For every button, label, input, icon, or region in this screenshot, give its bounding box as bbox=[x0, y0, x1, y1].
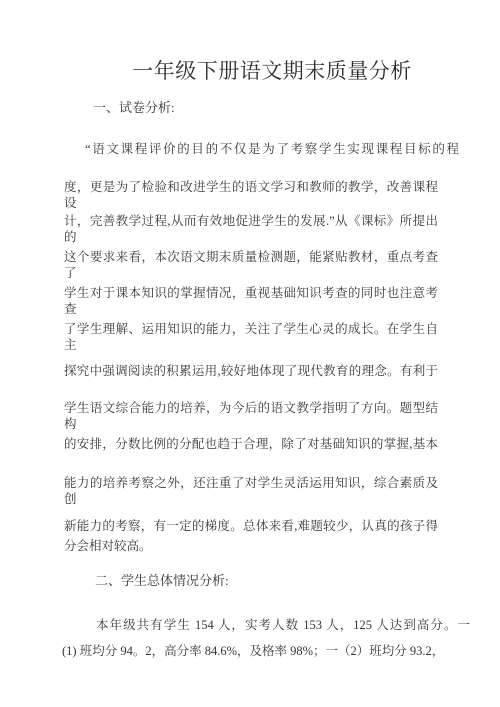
document-title: 一年级下册语文期末质量分析 bbox=[44, 58, 500, 84]
document-page: 一年级下册语文期末质量分析 一、试卷分析: “语文课程评价的目的不仅是为了考察学… bbox=[0, 0, 500, 707]
paragraph-1-line-12: 分会相对较高。 bbox=[64, 538, 438, 554]
paragraph-2-line-2: (1) 班均分 94。2，高分率 84.6%，及格率 98%；一（2）班均分 9… bbox=[62, 643, 436, 659]
paragraph-1-line-8: 学生语文综合能力的培养，为今后的语文教学指明了方向。题型结构 bbox=[64, 400, 438, 432]
paragraph-1-line-6: 了学生理解、运用知识的能力，关注了学生心灵的成长。在学生自主 bbox=[64, 321, 438, 353]
paragraph-1-line-2: 度，更是为了检验和改进学生的语文学习和教师的教学，改善课程设 bbox=[64, 179, 438, 211]
paragraph-1-line-9: 的安排，分数比例的分配也趋于合理，除了对基础知识的掌握,基本 bbox=[64, 436, 438, 452]
paragraph-2-line-1: 本年级共有学生 154 人，实考人数 153 人，125 人达到高分。一 bbox=[64, 617, 470, 633]
paragraph-1-line-4: 这个要求来看，本次语文期末质量检测题，能紧贴教材，重点考查了 bbox=[64, 249, 438, 281]
paragraph-1-line-11: 新能力的考察，有一定的梯度。总体来看,难题较少，认真的孩子得 bbox=[64, 518, 438, 534]
section-1-heading: 一、试卷分析: bbox=[93, 100, 175, 116]
paragraph-1-line-10: 能力的培养考察之外，还注重了对学生灵活运用知识，综合素质及创 bbox=[64, 475, 438, 507]
paragraph-1-line-7: 探究中强调阅读的积累运用,较好地体现了现代教育的理念。有利于 bbox=[64, 363, 438, 379]
section-2-heading: 二、学生总体情况分析: bbox=[95, 573, 229, 589]
paragraph-1-line-5: 学生对于课本知识的掌握情况，重视基础知识考查的同时也注意考查 bbox=[64, 285, 438, 317]
paragraph-1-line-1: “语文课程评价的目的不仅是为了考察学生实现课程目标的程 bbox=[64, 141, 459, 157]
paragraph-1-line-3: 计，完善教学过程,从而有效地促进学生的发展.”从《课标》所提出的 bbox=[64, 213, 438, 245]
